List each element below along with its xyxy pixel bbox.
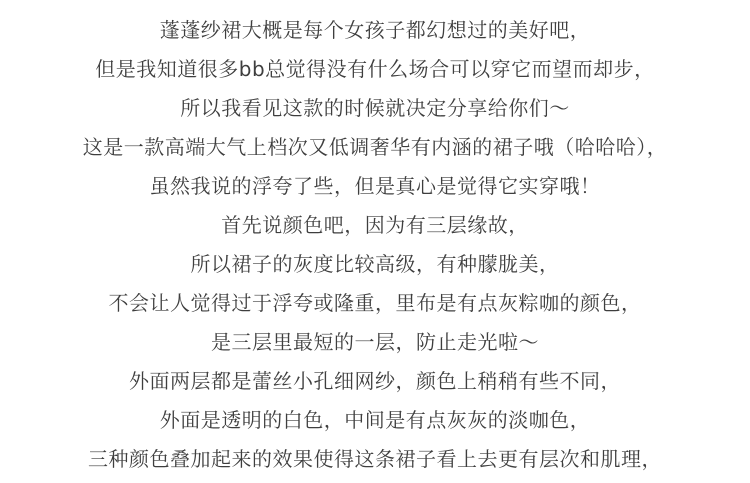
description-line: 是三层里最短的一层，防止走光啦～ <box>0 323 750 362</box>
description-line: 外面是透明的白色，中间是有点灰灰的淡咖色， <box>0 401 750 440</box>
description-line: 虽然我说的浮夸了些，但是真心是觉得它实穿哦！ <box>0 167 750 206</box>
description-line: 首先说颜色吧，因为有三层缘故， <box>0 206 750 245</box>
product-description-text-block: 蓬蓬纱裙大概是每个女孩子都幻想过的美好吧， 但是我知道很多bb总觉得没有什么场合… <box>0 0 750 483</box>
description-line: 三种颜色叠加起来的效果使得这条裙子看上去更有层次和肌理， <box>0 440 750 479</box>
description-line: 所以我看见这款的时候就决定分享给你们～ <box>0 89 750 128</box>
description-line: 但是我知道很多bb总觉得没有什么场合可以穿它而望而却步， <box>0 50 750 89</box>
description-line: 所以裙子的灰度比较高级，有种朦胧美， <box>0 245 750 284</box>
description-line: 不会让人觉得过于浮夸或隆重，里布是有点灰粽咖的颜色， <box>0 284 750 323</box>
description-line: 外面两层都是蕾丝小孔细网纱，颜色上稍稍有些不同， <box>0 362 750 401</box>
description-line: 这是一款高端大气上档次又低调奢华有内涵的裙子哦（哈哈哈）， <box>0 128 750 167</box>
description-line: 蓬蓬纱裙大概是每个女孩子都幻想过的美好吧， <box>0 11 750 50</box>
